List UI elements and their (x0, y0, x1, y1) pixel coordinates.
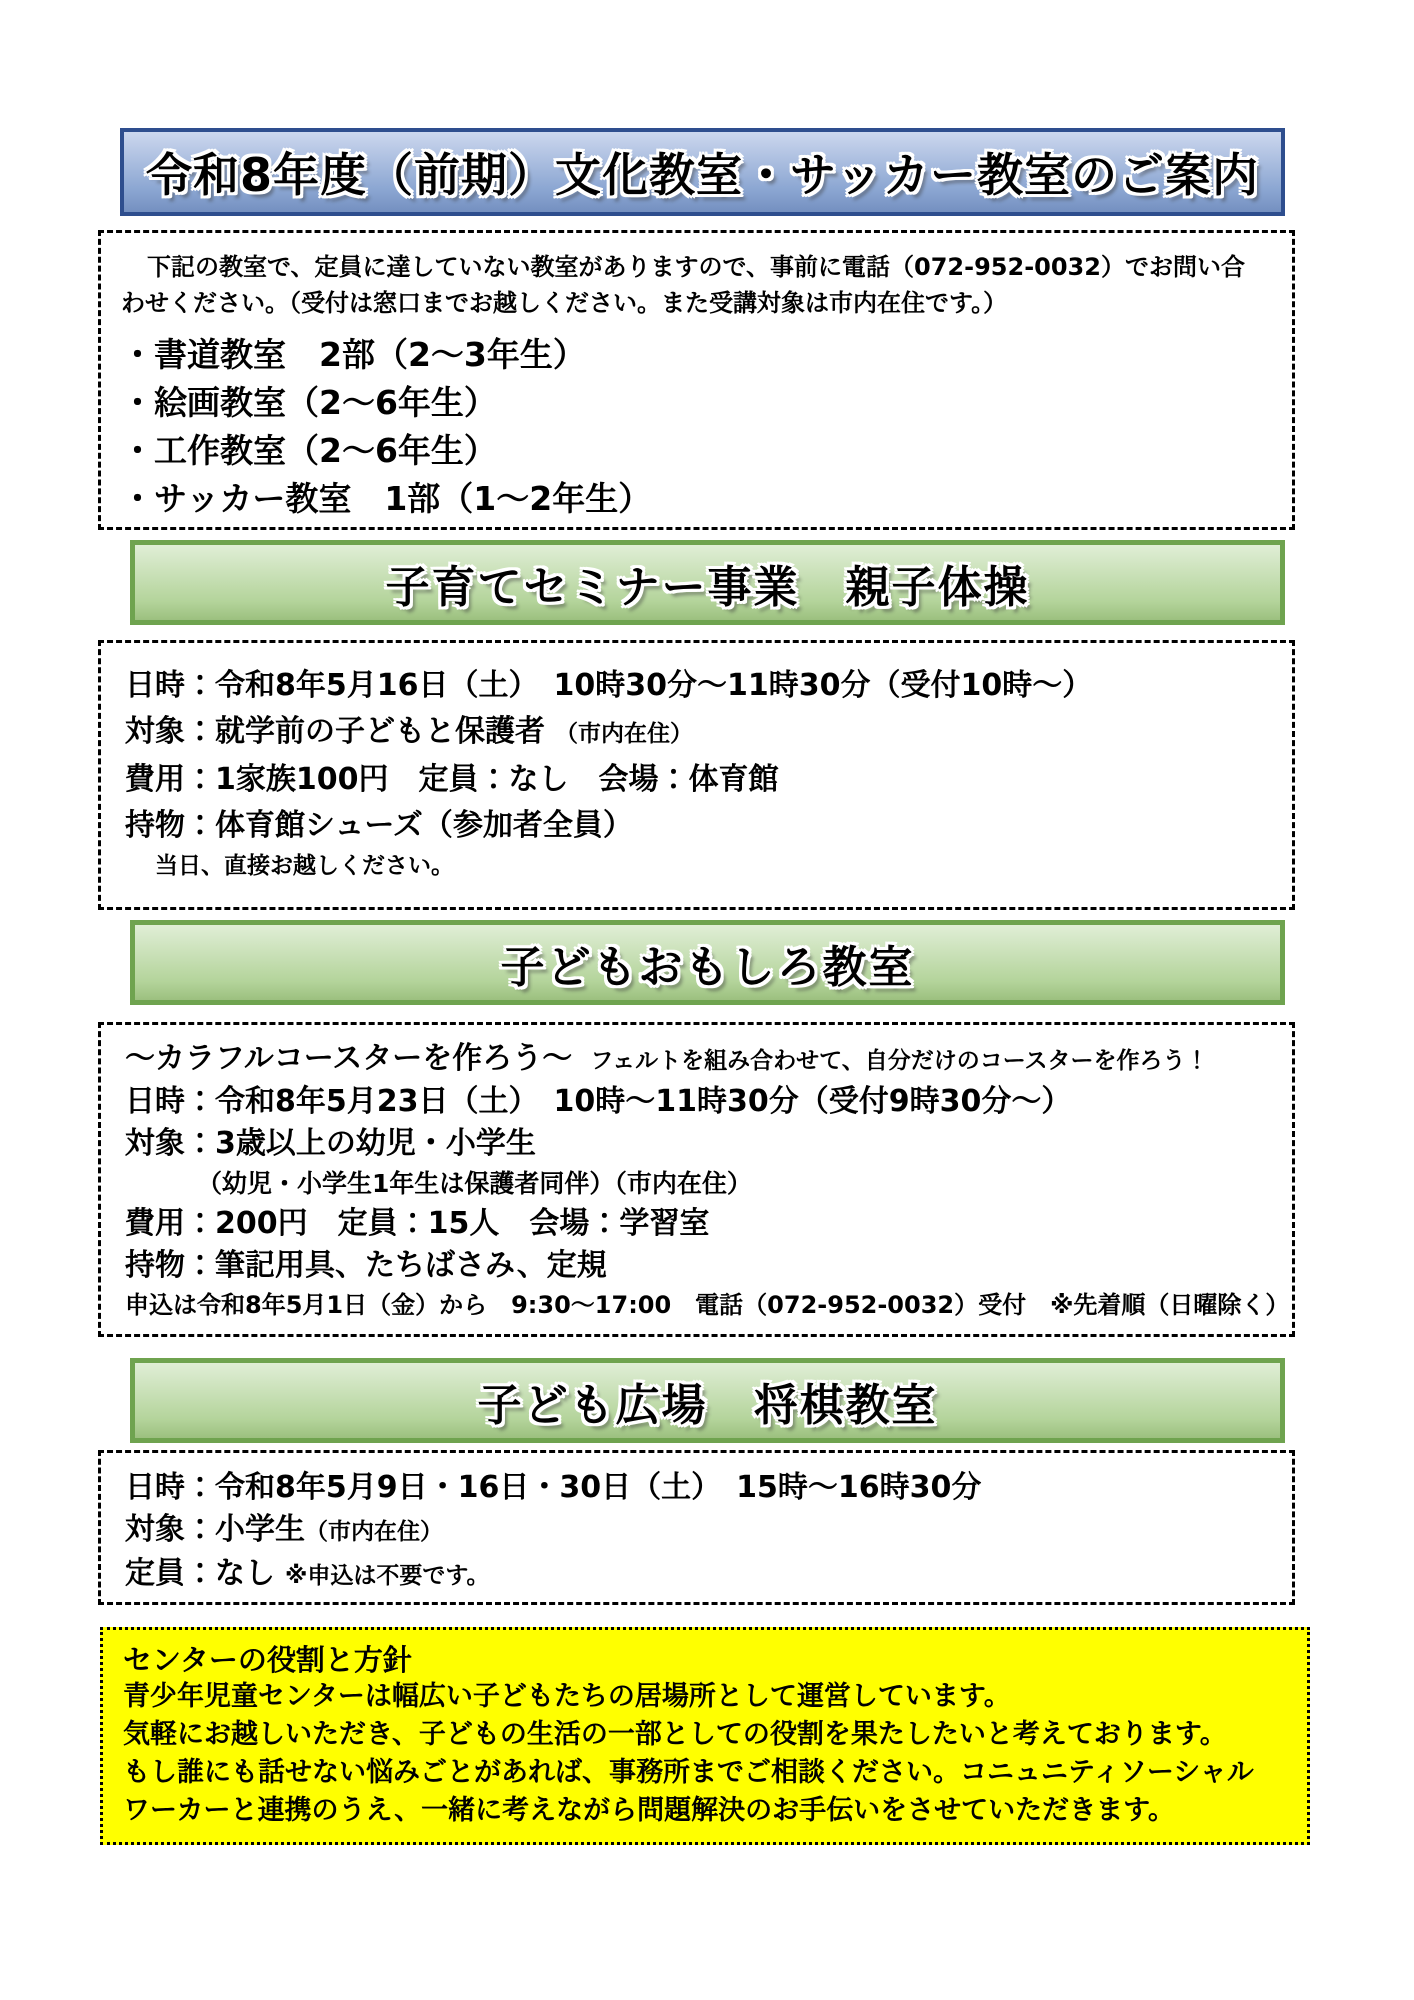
omoshiro-row-belongings: 持物：筆記用具、たちばさみ、定規 (125, 1245, 1268, 1287)
taiso-datetime-text: 日時：令和8年5月16日（土） 10時30分～11時30分（受付10時～） (125, 668, 1092, 703)
section-title-shogi: 子ども広場 将棋教室 (478, 1369, 938, 1433)
class-list-item-kaiga: ・絵画教室（2～6年生） (121, 379, 1272, 427)
page-title: 令和8年度（前期）文化教室・サッカー教室のご案内 (146, 139, 1259, 205)
section-title-taiso: 子育てセミナー事業 親子体操 (386, 551, 1030, 615)
policy-box: センターの役割と方針 青少年児童センターは幅広い子どもたちの居場所として運営して… (100, 1627, 1310, 1845)
omoshiro-target-text: 対象：3歳以上の幼児・小学生 (125, 1126, 536, 1161)
taiso-row-fee: 費用：1家族100円 定員：なし 会場：体育館 (125, 757, 1268, 803)
policy-line-4: ワーカーと連携のうえ、一緒に考えながら問題解決のお手伝いをさせていただきます。 (123, 1792, 1287, 1830)
class-list-item-soccer: ・サッカー教室 1部（1～2年生） (121, 475, 1272, 523)
omoshiro-apply-note: 申込は令和8年5月1日（金）から 9:30～17:00 電話（072-952-0… (125, 1287, 1268, 1323)
class-list-item-shodo: ・書道教室 2部（2～3年生） (121, 331, 1272, 379)
section-banner-taiso: 子育てセミナー事業 親子体操 (130, 540, 1285, 625)
shogi-row-target: 対象：小学生（市内在住） (125, 1509, 1268, 1553)
main-title-banner: 令和8年度（前期）文化教室・サッカー教室のご案内 (120, 128, 1285, 216)
omoshiro-datetime-text: 日時：令和8年5月23日（土） 10時～11時30分（受付9時30分～） (125, 1084, 1071, 1119)
shogi-capacity-text: 定員：なし (125, 1556, 275, 1591)
section-title-omoshiro: 子どもおもしろ教室 (501, 931, 915, 995)
section-banner-omoshiro: 子どもおもしろ教室 (130, 920, 1285, 1005)
omoshiro-headline-row: ～カラフルコースターを作ろう～フェルトを組み合わせて、自分だけのコースターを作ろ… (125, 1039, 1268, 1081)
policy-title: センターの役割と方針 (123, 1642, 1287, 1678)
class-list-item-kosaku: ・工作教室（2～6年生） (121, 427, 1272, 475)
policy-line-1: 青少年児童センターは幅広い子どもたちの居場所として運営しています。 (123, 1678, 1287, 1716)
class-list: ・書道教室 2部（2～3年生） ・絵画教室（2～6年生） ・工作教室（2～6年生… (121, 331, 1272, 523)
omoshiro-belongings-text: 持物：筆記用具、たちばさみ、定規 (125, 1248, 607, 1283)
shogi-row-datetime: 日時：令和8年5月9日・16日・30日（土） 15時～16時30分 (125, 1467, 1268, 1509)
intro-paragraph-line-1: 下記の教室で、定員に達していない教室がありますので、事前に電話（072-952-… (121, 249, 1272, 285)
omoshiro-row-fee: 費用：200円 定員：15人 会場：学習室 (125, 1203, 1268, 1245)
shogi-capacity-note: ※申込は不要です。 (285, 1563, 490, 1589)
shogi-target-text: 対象：小学生 (125, 1512, 305, 1547)
shogi-box: 日時：令和8年5月9日・16日・30日（土） 15時～16時30分 対象：小学生… (98, 1450, 1295, 1605)
omoshiro-target-note: （幼児・小学生1年生は保護者同伴）（市内在住） (125, 1165, 1268, 1203)
taiso-target-text: 対象：就学前の子どもと保護者 (125, 714, 545, 749)
shogi-row-capacity: 定員：なし※申込は不要です。 (125, 1553, 1268, 1597)
omoshiro-fee-text: 費用：200円 定員：15人 会場：学習室 (125, 1206, 709, 1241)
section-banner-shogi: 子ども広場 将棋教室 (130, 1358, 1285, 1443)
taiso-box: 日時：令和8年5月16日（土） 10時30分～11時30分（受付10時～） 対象… (98, 640, 1295, 910)
taiso-fee-text: 費用：1家族100円 定員：なし 会場：体育館 (125, 762, 779, 797)
omoshiro-headline: ～カラフルコースターを作ろう～ (125, 1041, 572, 1076)
omoshiro-row-datetime: 日時：令和8年5月23日（土） 10時～11時30分（受付9時30分～） (125, 1081, 1268, 1123)
shogi-datetime-text: 日時：令和8年5月9日・16日・30日（土） 15時～16時30分 (125, 1470, 981, 1505)
taiso-row-belongings: 持物：体育館シューズ（参加者全員） (125, 803, 1268, 849)
taiso-note: 当日、直接お越しください。 (125, 849, 1268, 883)
omoshiro-row-target: 対象：3歳以上の幼児・小学生 (125, 1123, 1268, 1165)
policy-line-2: 気軽にお越しいただき、子どもの生活の一部としての役割を果たしたいと考えております… (123, 1716, 1287, 1754)
taiso-row-target: 対象：就学前の子どもと保護者（市内在住） (125, 709, 1268, 757)
omoshiro-headline-sub: フェルトを組み合わせて、自分だけのコースターを作ろう！ (590, 1048, 1208, 1074)
shogi-target-note: （市内在住） (305, 1519, 443, 1545)
taiso-row-datetime: 日時：令和8年5月16日（土） 10時30分～11時30分（受付10時～） (125, 663, 1268, 709)
taiso-belongings-text: 持物：体育館シューズ（参加者全員） (125, 808, 633, 843)
omoshiro-box: ～カラフルコースターを作ろう～フェルトを組み合わせて、自分だけのコースターを作ろ… (98, 1022, 1295, 1337)
intro-paragraph-line-2: わせください。（受付は窓口までお越しください。また受講対象は市内在住です。） (121, 285, 1272, 321)
taiso-target-note: （市内在住） (555, 721, 693, 747)
intro-box: 下記の教室で、定員に達していない教室がありますので、事前に電話（072-952-… (98, 230, 1295, 530)
flyer-page: 令和8年度（前期）文化教室・サッカー教室のご案内 下記の教室で、定員に達していな… (0, 128, 1414, 1845)
policy-line-3: もし誰にも話せない悩みごとがあれば、事務所までご相談ください。コニュニティソーシ… (123, 1754, 1287, 1792)
